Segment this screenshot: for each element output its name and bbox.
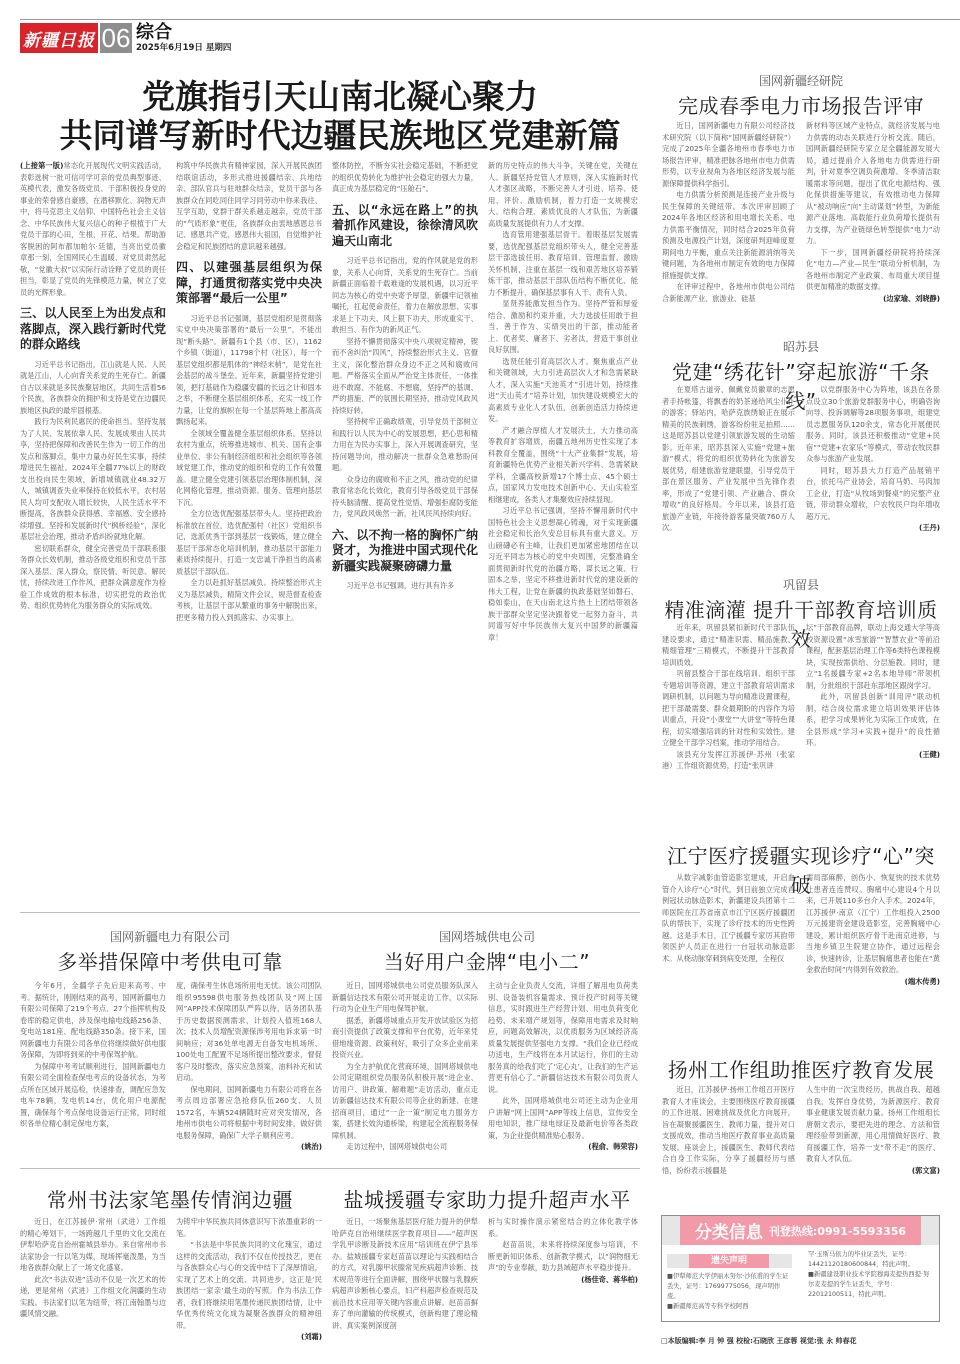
top-rule xyxy=(20,19,960,20)
paragraph: 据悉，新疆塔城重点开发开放试验区为招商引资提供了政策支撑和平台优势，近年来凭借地… xyxy=(332,1015,478,1061)
paragraph: 新的历史特点的伟大斗争，关键在党，关键在人。新疆坚持党管人才原则，深入实施新时代… xyxy=(488,160,638,229)
paragraph: 人生中的一次宝贵经历，挑战自我、超越自我，发挥自身优势，为新源医疗、教育事业健康… xyxy=(806,1084,940,1165)
paragraph: 习近平总书记指出，党的作风就是党的形象，关系人心向背，关系党的生死存亡。当前新疆… xyxy=(332,255,478,336)
paragraph: 下一步，国网新疆经研院将持续深化“电力—产业—民生”联动分析机制，为各地州市制定… xyxy=(806,247,940,293)
paragraph: 全力以赴抓好基层减负。持续整治形式主义为基层减负，精简文件会议，规范督查检查考核… xyxy=(176,577,322,623)
classified-title: 分类信息 xyxy=(695,1218,763,1243)
zhongkao-column-2: 度，确保考生休息场所用电无忧。该公司团队组织95598供电服务热线团队及“网上国… xyxy=(176,980,322,1160)
main-article-column-1: (上接第一版)常态化开展现代文明实践活动，表彰选树一批可信可学可亲的党员典型事迹… xyxy=(20,160,166,920)
paragraph: 为铸牢中华民族共同体意识写下浓墨重彩的一笔。 xyxy=(176,1216,322,1239)
paragraph: 坛”干部教育品牌，联动上海交通大学等高校资源设置“冰雪旅游”“智慧农业”等前沿课… xyxy=(806,622,940,691)
jingyan-column-1: 近日，国网新疆电力有限公司经济技术研究院（以下简称“国网新疆经研院”）完成了20… xyxy=(662,120,795,315)
subheading-5: 五、以“永远在路上”的执着抓作风建设，徐徐清风吹遍天山南北 xyxy=(332,203,478,250)
paragraph: 践行为民利民惠民的使命担当。坚持发展为了人民、发展依靠人民、发展成果由人民共享，… xyxy=(20,416,166,543)
main-article-column-3: 整体防控，不断夯实社会稳定基础，不断把党的组织优势转化为维护社会稳定的强大力量，… xyxy=(332,160,478,920)
classified-header: 分类信息 刊登热线:0991-5593356 xyxy=(680,1216,921,1245)
paragraph: 新材料等区域产业特点，就经济发展与电力供需的动态关联进行分析交流。随后，国网新疆… xyxy=(806,120,940,247)
paragraph: 电力供需分析预测是连接产业升级与民生保障的关键纽带。本次评审回顾了2024年各地… xyxy=(662,189,795,281)
byline: (王健) xyxy=(806,749,940,761)
main-headline: 党旗指引天山南北凝心聚力 共同谱写新时代边疆民族地区党建新篇 xyxy=(20,78,660,156)
changzhou-column-1: 近日，在江苏援伊·常州（武进）工作组的精心筹划下，一场跨越几千里的文化交流在伊犁… xyxy=(20,1216,166,1344)
classified-items-left: ■伊犁师范大学伊丽木努尔·沙依甫的学生证丢失，证号：17699775056，现声… xyxy=(667,1272,792,1312)
paragraph: 密切联系群众，健全完善党员干部联系服务群众长效机制，推动各级党组织和党员干部深入… xyxy=(20,543,166,612)
continued-tag: (上接第一版) xyxy=(20,161,63,170)
paragraph: 全方位选优配强基层带头人。坚持把政治标准放在首位，选优配强村（社区）党组织书记，… xyxy=(176,508,322,577)
paragraph: 坚持不懈贯彻落实中央八项规定精神，锲而不舍纠治“四风”，持续整治形式主义、官僚主… xyxy=(332,336,478,417)
tacheng-column-2: 主动与企业负责人交流，详细了解用电负荷类别、设备装机容量需求、预计投产时间等关键… xyxy=(488,980,638,1160)
zhongkao-column-1: 今年6月，全疆学子先后迎来高考、中考。据统计，刚刚结束的高考，国网新疆电力有限公… xyxy=(20,980,166,1160)
paragraph: 析与实时操作演示紧密结合的立体化教学体系。 xyxy=(488,1216,638,1239)
paragraph: 此外，国网塔城供电公司还主动为企业用户讲解“网上国网”APP等线上信息，宣传安全… xyxy=(488,1095,638,1141)
paragraph: 从数字减影血管造影室建成，开启血管介入诊疗“心”时代，到日前独立完成首例冠状动脉… xyxy=(662,872,795,964)
paragraph: 常态化开展现代文明实践活动，表彰选树一批可信可学可亲的党员典型事迹、英模代表，激… xyxy=(20,161,166,297)
headline-changzhou: 常州书法家笔墨传情润边疆 xyxy=(20,1184,320,1213)
paragraph: 赵苗苗说，未来将持续深度参与培训，不断更新知识体系、创新教学模式，以“润物细无声… xyxy=(488,1239,638,1274)
divider xyxy=(20,1168,640,1169)
headline-zhongkao: 多举措保障中考供电可靠 xyxy=(20,946,320,975)
kicker-jingyan: 国网新疆经研院 xyxy=(662,72,940,89)
paragraph: 近日，一场聚焦基层医疗能力提升的伊犁哈萨克自治州继续医学教育项目——“超声医学乳… xyxy=(332,1216,478,1331)
paragraph: 近日，国网塔城供电公司党员服务队深入新疆信达技术有限公司开展走访工作，以实际行动… xyxy=(332,980,478,1015)
byline: (边家瑜、刘晓静) xyxy=(806,293,940,305)
issue-date: 2025年6月19日 星期四 xyxy=(136,43,231,53)
paragraph: 走访过程中，国网塔城供电公司 xyxy=(332,1141,478,1153)
paragraph: 选育管用建强基层骨干。着眼基层发展需要，选优配强基层党组织带头人，健全完善基层干… xyxy=(488,229,638,298)
paragraph: 习近平总书记强调，进行具有许多 xyxy=(332,580,478,592)
masthead: 新疆日报 06 综合 2025年6月19日 星期四 xyxy=(20,23,231,53)
paragraph: 今年6月，全疆学子先后迎来高考、中考。据统计，刚刚结束的高考，国网新疆电力有限公… xyxy=(20,980,166,1061)
headline-jingyan: 完成春季电力市场报告评审 xyxy=(662,90,940,119)
byline: (王丹) xyxy=(806,522,940,534)
paragraph: 近日，国网新疆电力有限公司经济技术研究院（以下简称“国网新疆经研院”）完成了20… xyxy=(662,120,795,189)
headline-yangzhou: 扬州工作组助推医疗教育发展 xyxy=(662,1054,940,1083)
yangzhou-column-2: 人生中的一次宝贵经历，挑战自我、超越自我，发挥自身优势，为新源医疗、教育事业健康… xyxy=(806,1084,940,1208)
paragraph: 习近平总书记指出，江山就是人民、人民就是江山，人心向背关系党的生死存亡。新疆自古… xyxy=(20,359,166,417)
paragraph: 整体防控，不断夯实社会稳定基础，不断把党的组织优势转化为维护社会稳定的强大力量，… xyxy=(332,160,478,195)
classified-ads-box: 分类信息 刊登热线:0991-5593356 遗失声明 ■伊犁师范大学伊丽木努尔… xyxy=(661,1215,940,1322)
jiangning-column-1: 从数字减影血管造影室建成，开启血管介入诊疗“心”时代，到日前独立完成首例冠状动脉… xyxy=(662,872,795,1024)
paragraph: 坚持树牢正确政绩观，引导党员干部树立和践行以人民为中心的发展思想，把心思和精力用… xyxy=(332,416,478,474)
main-headline-line1: 党旗指引天山南北凝心聚力 xyxy=(20,78,660,116)
main-headline-line2: 共同谱写新时代边疆民族地区党建新篇 xyxy=(20,116,660,156)
paragraph: 此次“书法双进”活动不仅是一次艺术的传递，更是常州（武进）工作组文化润疆的生动实… xyxy=(20,1274,166,1320)
paragraph: 该县充分发挥江苏援伊·苏州（张家港）工作组资源优势，打造“张巩讲 xyxy=(662,749,795,772)
divider xyxy=(20,912,640,913)
byline: (刘霜) xyxy=(176,1331,322,1343)
paragraph: 近日，江苏援伊·扬州工作组召开医疗教育人才座谈会，主要围绕医疗教育援疆的工作进展… xyxy=(662,1084,795,1176)
zhaosu-column-1: 在夏塔古道旁，佩戴党员徽章的志愿者手持帐篷，将飘香的奶茶递给风尘仆仆的游客；驿站… xyxy=(662,384,795,554)
paragraph: 保电期间，国网新疆电力有限公司将在各考点周边部署应急抢修队伍260支、人员157… xyxy=(176,1084,322,1142)
byline: (姚治) xyxy=(176,1141,322,1153)
paragraph: “书法是中华民族共同的文化瑰宝，通过这样的交流活动，我们不仅在传授技艺，更在与各… xyxy=(176,1239,322,1331)
paragraph: 全领域全覆盖健全基层组织体系。坚持以农村为重点，统筹推进城市、机关、国有企事业单… xyxy=(176,428,322,509)
main-article-column-2: 构筑中华民族共有精神家园，深入开展民族团结联谊活动，多形式推进援疆结亲、兵地结亲… xyxy=(176,160,322,920)
paragraph: 习近平总书记强调，坚持不懈用新时代中国特色社会主义思想凝心铸魂，对于实现新疆社会… xyxy=(488,505,638,643)
byline: (杨佳奇、蒋华柏) xyxy=(488,1274,638,1286)
classified-hotline: 刊登热线:0991-5593356 xyxy=(769,1223,906,1239)
paragraph: 近年来，巩留县紧扣新时代干部队伍建设要求，通过“精准识需、精品施教、精细管理”三… xyxy=(662,622,795,668)
changzhou-column-2: 为铸牢中华民族共同体意识写下浓墨重彩的一笔。 “书法是中华民族共同的文化瑰宝，通… xyxy=(176,1216,322,1344)
section-info: 综合 2025年6月19日 星期四 xyxy=(136,23,231,53)
byline: (端木传勇) xyxy=(806,976,940,988)
paragraph: 同时，昭苏县大力打造产品展销平台，依托马产业协会，培育马奶、马肉加工企业，打造“… xyxy=(806,465,940,523)
jiangning-column-2: 需局部麻醉，创伤小、恢复快的技术优势让患者连连赞叹。胸痛中心建设4个月以来，已开… xyxy=(806,872,940,1024)
gongliu-column-2: 坛”干部教育品牌，联动上海交通大学等高校资源设置“冰雪旅游”“智慧农业”等前沿课… xyxy=(806,622,940,816)
subheading-4: 四、以建强基层组织为保障，打通贯彻落实党中央决策部署“最后一公里” xyxy=(176,260,322,307)
jingyan-column-2: 新材料等区域产业特点，就经济发展与电力供需的动态关联进行分析交流。随后，国网新疆… xyxy=(806,120,940,315)
kicker-tacheng: 国网塔城供电公司 xyxy=(332,928,642,945)
kicker-zhongkao: 国网新疆电力有限公司 xyxy=(20,928,320,945)
paragraph: 产才融合厚植人才发展沃土，大力推动高等教育扩容增质，南疆五地州历史性实现了本科教… xyxy=(488,425,638,506)
paragraph: 度，确保考生休息场所用电无忧。该公司团队组织95598供电服务热线团队及“网上国… xyxy=(176,980,322,1084)
classified-items-right: 罕·玉斯马依力的毕业证丢失，证号：14421120180600844，特此声明。… xyxy=(808,1250,934,1300)
paragraph: 众身边的腐败和不正之风，推动党的纪律教育常态化长效化，教育引导各级党员干部保持头… xyxy=(332,474,478,520)
lost-notice-title: 遗失声明 xyxy=(689,1254,769,1268)
paragraph: 巩留县整合干部在线培训、组织干部专题培训等资源，建立干部教育培训需求调研机制，以… xyxy=(662,668,795,749)
kicker-zhaosu: 昭苏县 xyxy=(662,338,940,355)
subheading-3: 三、以人民至上为出发点和落脚点，深入践行新时代党的群众路线 xyxy=(20,306,166,353)
tacheng-column-1: 近日，国网塔城供电公司党员服务队深入新疆信达技术有限公司开展走访工作，以实际行动… xyxy=(332,980,478,1160)
paragraph: 以党群服务中心为阵地，该县在各景点设立30个旅游党群服务中心，明确咨询向导、投诉… xyxy=(806,384,940,465)
yancheng-column-1: 近日，一场聚焦基层医疗能力提升的伊犁哈萨克自治州继续医学教育项目——“超声医学乳… xyxy=(332,1216,478,1344)
paragraph: 近日，在江苏援伊·常州（武进）工作组的精心筹划下，一场跨越几千里的文化交流在伊犁… xyxy=(20,1216,166,1274)
byline: (郭文富) xyxy=(806,1165,940,1177)
headline-yancheng: 盐城援疆专家助力提升超声水平 xyxy=(332,1184,642,1213)
paragraph: 在评审过程中，各地州市供电公司结合新能源产业、旅游业、硅基 xyxy=(662,281,795,304)
paragraph: 构筑中华民族共有精神家园，深入开展民族团结联谊活动，多形式推进援疆结亲、兵地结亲… xyxy=(176,160,322,252)
paragraph: 主动与企业负责人交流，详细了解用电负荷类别、设备装机容量需求、预计投产时间等关键… xyxy=(488,980,638,1095)
paragraph: 需局部麻醉，创伤小、恢复快的技术优势让患者连连赞叹。胸痛中心建设4个月以来，已开… xyxy=(806,872,940,976)
zhaosu-column-2: 以党群服务中心为阵地，该县在各景点设立30个旅游党群服务中心，明确咨询向导、投诉… xyxy=(806,384,940,554)
paragraph: 此外，巩留县创新“训用评”联动机制，结合岗位需求建立培训效果评估体系，把学习成果… xyxy=(806,691,940,749)
editor-credits: □本版编辑:李 月 钟 强 校检:石晓欣 王彦蓉 视觉:张 永 帅春花 xyxy=(661,1336,857,1346)
kicker-gongliu: 巩留县 xyxy=(662,576,940,593)
paragraph: 选贤任能引育高层次人才。聚焦重点产业和关键领域，大力引进高层次人才和急需紧缺人才… xyxy=(488,356,638,425)
paragraph: 为保障中考考试顺利进行，国网新疆电力有限公司全面检查保电考点的设备状态，为考点所… xyxy=(20,1061,166,1130)
section-name: 综合 xyxy=(136,24,231,42)
newspaper-logo: 新疆日报 xyxy=(20,23,98,53)
yancheng-column-2: 析与实时操作演示紧密结合的立体化教学体系。 赵苗苗说，未来将持续深度参与培训，不… xyxy=(488,1216,638,1344)
subheading-6: 六、以不拘一格的胸怀广纳贤才，为推进中国式现代化新疆实践凝聚磅礴力量 xyxy=(332,528,478,575)
yangzhou-column-1: 近日，江苏援伊·扬州工作组召开医疗教育人才座谈会，主要围绕医疗教育援疆的工作进展… xyxy=(662,1084,795,1208)
paragraph: 显贤养能激发担当作为。坚持严管和厚爱结合、激励和约束并重，大力选拔任用敢于担当、… xyxy=(488,298,638,356)
page-number: 06 xyxy=(100,23,132,53)
headline-tacheng: 当好用户金牌“电小二” xyxy=(332,946,642,975)
paragraph: 习近平总书记强调，基层党组织是贯彻落实党中央决策部署的“最后一公里”，不能出现“… xyxy=(176,313,322,428)
byline: (程俞、韩荣容) xyxy=(488,1141,638,1153)
paragraph: 在夏塔古道旁，佩戴党员徽章的志愿者手持帐篷，将飘香的奶茶递给风尘仆仆的游客；驿站… xyxy=(662,384,795,534)
gongliu-column-1: 近年来，巩留县紧扣新时代干部队伍建设要求，通过“精准识需、精品施教、精细管理”三… xyxy=(662,622,795,816)
main-article-column-4: 新的历史特点的伟大斗争，关键在党，关键在人。新疆坚持党管人才原则，深入实施新时代… xyxy=(488,160,638,920)
paragraph: 为全力护航优化营商环境，国网塔城供电公司定期组织党员服务队积极开展“进企业、访用… xyxy=(332,1061,478,1142)
